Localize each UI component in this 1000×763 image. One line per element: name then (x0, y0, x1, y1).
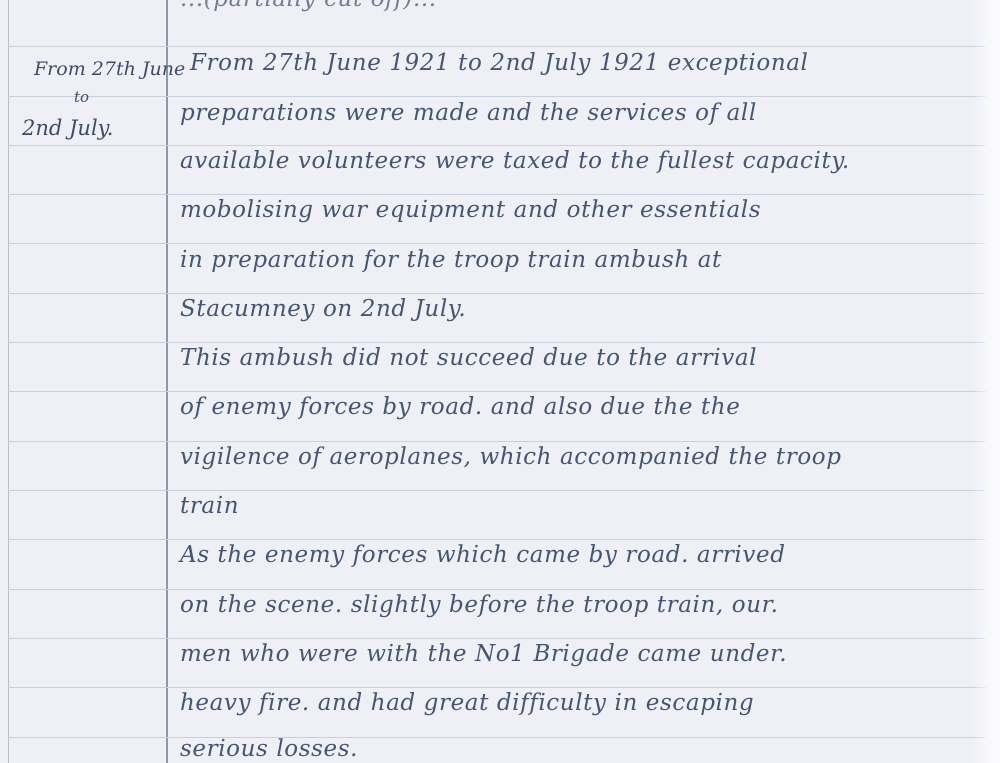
text-line: heavy fire. and had great difficulty in … (180, 690, 754, 716)
ruled-line (8, 96, 986, 97)
text-line: train (180, 493, 239, 519)
text-line: mobolising war equipment and other essen… (180, 197, 761, 223)
text-line: As the enemy forces which came by road. … (180, 542, 786, 568)
ruled-line (8, 46, 986, 47)
margin-rule (166, 0, 168, 763)
ruled-line (8, 638, 986, 639)
ruled-line (8, 589, 986, 590)
ruled-line (8, 145, 986, 146)
text-line: preparations were made and the services … (180, 100, 757, 126)
text-line: available volunteers were taxed to the f… (180, 148, 850, 174)
ruled-line (8, 194, 986, 195)
margin-note-line: From 27th June (34, 58, 185, 80)
left-page-rule (8, 0, 9, 763)
ruled-line (8, 539, 986, 540)
text-line: From 27th June 1921 to 2nd July 1921 exc… (190, 50, 809, 76)
text-line: men who were with the No1 Brigade came u… (180, 641, 787, 667)
ruled-line (8, 391, 986, 392)
ruled-line (8, 737, 986, 738)
ruled-line (8, 441, 986, 442)
cut-off-top-line: ...(partially cut off)... (180, 0, 437, 12)
ruled-line (8, 490, 986, 491)
text-line: serious losses. (180, 736, 358, 762)
text-line: of enemy forces by road. and also due th… (180, 394, 740, 420)
ruled-line (8, 293, 986, 294)
ledger-page: From 27th June to 2nd July. ...(partiall… (0, 0, 1000, 763)
text-line: on the scene. slightly before the troop … (180, 592, 779, 618)
margin-note-line: 2nd July. (22, 116, 113, 140)
text-line: Stacumney on 2nd July. (180, 296, 466, 322)
ruled-line (8, 243, 986, 244)
text-line: vigilence of aeroplanes, which accompani… (180, 444, 842, 470)
text-line: in preparation for the troop train ambus… (180, 247, 722, 273)
ruled-line (8, 687, 986, 688)
margin-note-line: to (74, 88, 89, 106)
text-line: This ambush did not succeed due to the a… (180, 345, 757, 371)
ruled-line (8, 342, 986, 343)
